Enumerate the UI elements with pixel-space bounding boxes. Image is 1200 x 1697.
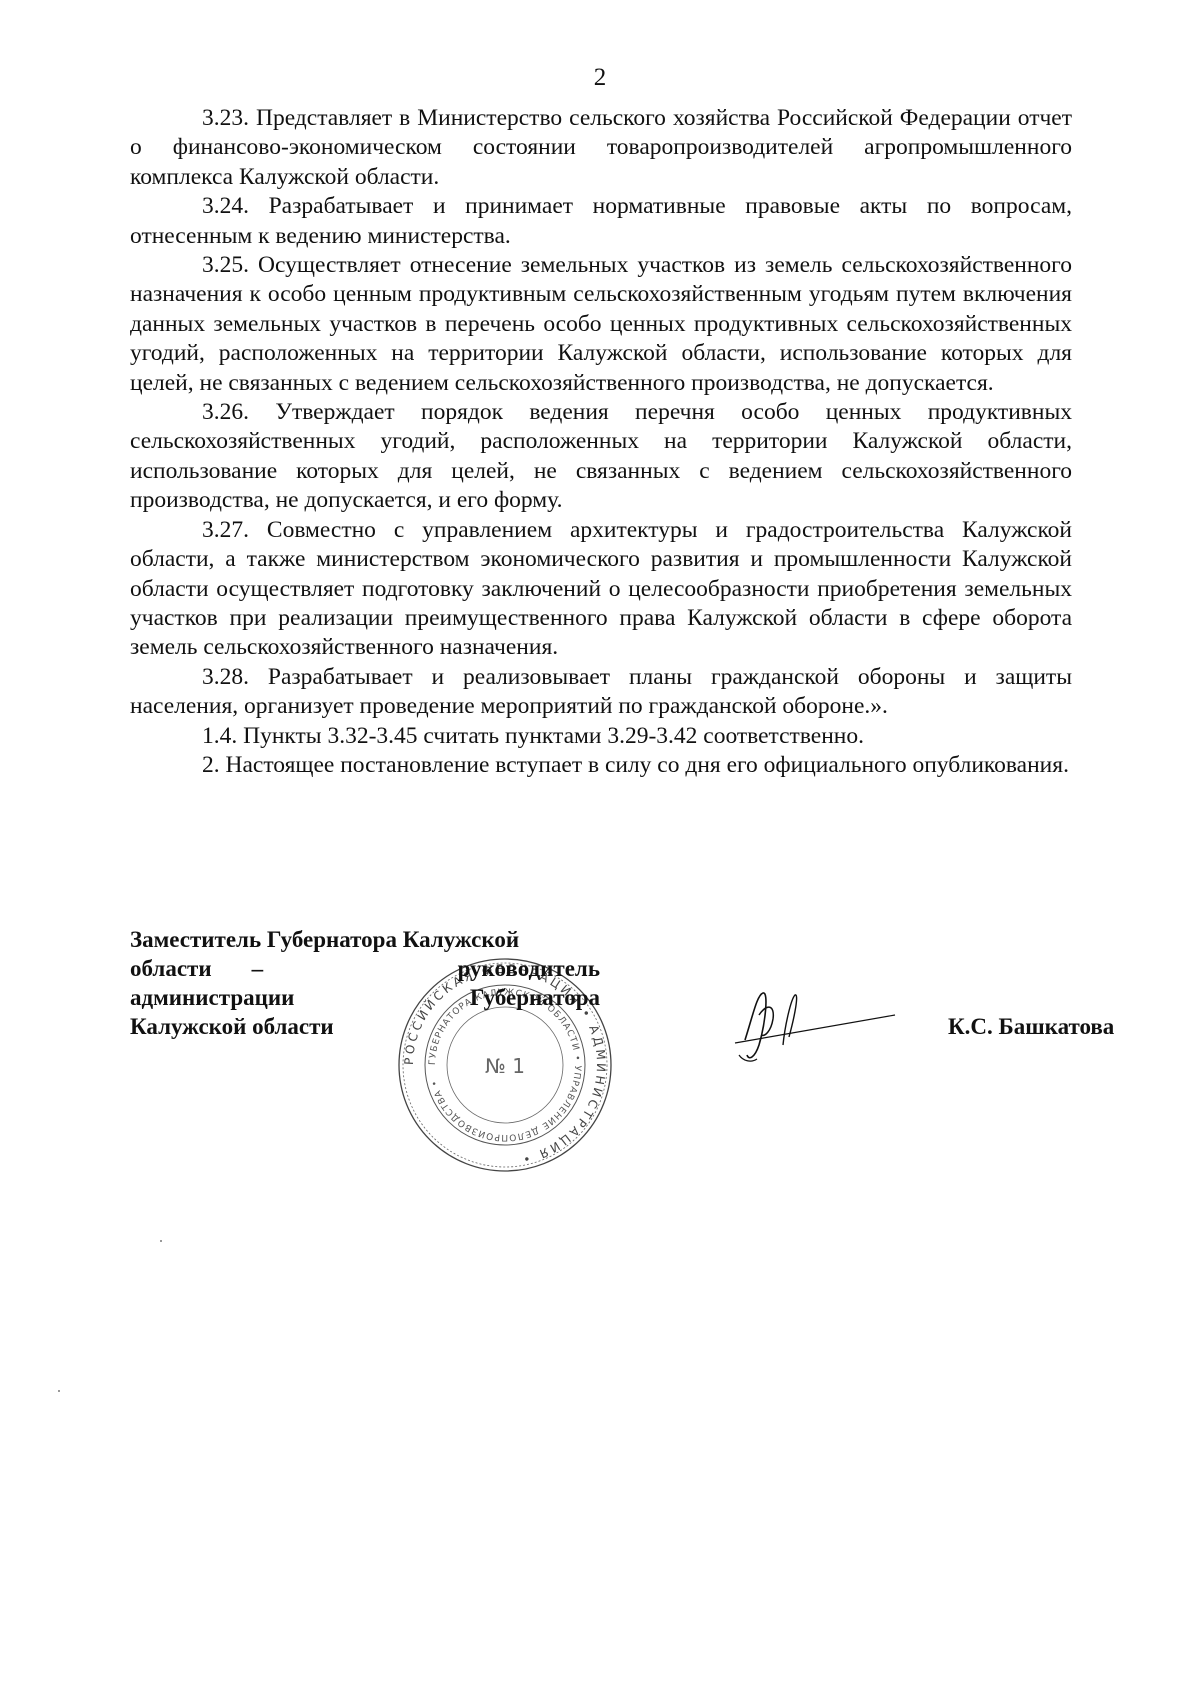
scan-speck: [160, 1240, 162, 1242]
signatory-title: Заместитель Губернатора Калужской област…: [130, 925, 600, 1041]
paragraph-3-26: 3.26. Утверждает порядок ведения перечня…: [130, 398, 1072, 516]
signatory-title-dash: –: [252, 954, 264, 983]
paragraph-3-24: 3.24. Разрабатывает и принимает норматив…: [130, 192, 1072, 251]
paragraph-3-23: 3.23. Представляет в Министерство сельск…: [130, 104, 1072, 192]
svg-text:№ 1: № 1: [485, 1054, 525, 1078]
handwritten-signature: [725, 985, 925, 1065]
scan-speck: [58, 1390, 60, 1392]
paragraph-1-4: 1.4. Пункты 3.32-3.45 считать пунктами 3…: [130, 722, 1072, 751]
signatory-title-line3-left: администрации: [130, 983, 294, 1012]
paragraph-3-28: 3.28. Разрабатывает и реализовывает план…: [130, 663, 1072, 722]
document-body: 3.23. Представляет в Министерство сельск…: [130, 104, 1072, 780]
paragraph-3-25: 3.25. Осуществляет отнесение земельных у…: [130, 251, 1072, 398]
signatory-title-line4: Калужской области: [130, 1012, 600, 1041]
paragraph-2: 2. Настоящее постановление вступает в си…: [130, 751, 1072, 780]
signatory-title-line1: Заместитель Губернатора Калужской: [130, 925, 600, 954]
signatory-title-line3-right: Губернатора: [470, 983, 600, 1012]
paragraph-3-27: 3.27. Совместно с управлением архитектур…: [130, 516, 1072, 663]
page-number: 2: [0, 64, 1200, 92]
signatory-name: К.С. Башкатова: [948, 1014, 1114, 1040]
signatory-title-line2-left: области: [130, 954, 212, 983]
signatory-title-line2-right: руководитель: [458, 954, 600, 983]
